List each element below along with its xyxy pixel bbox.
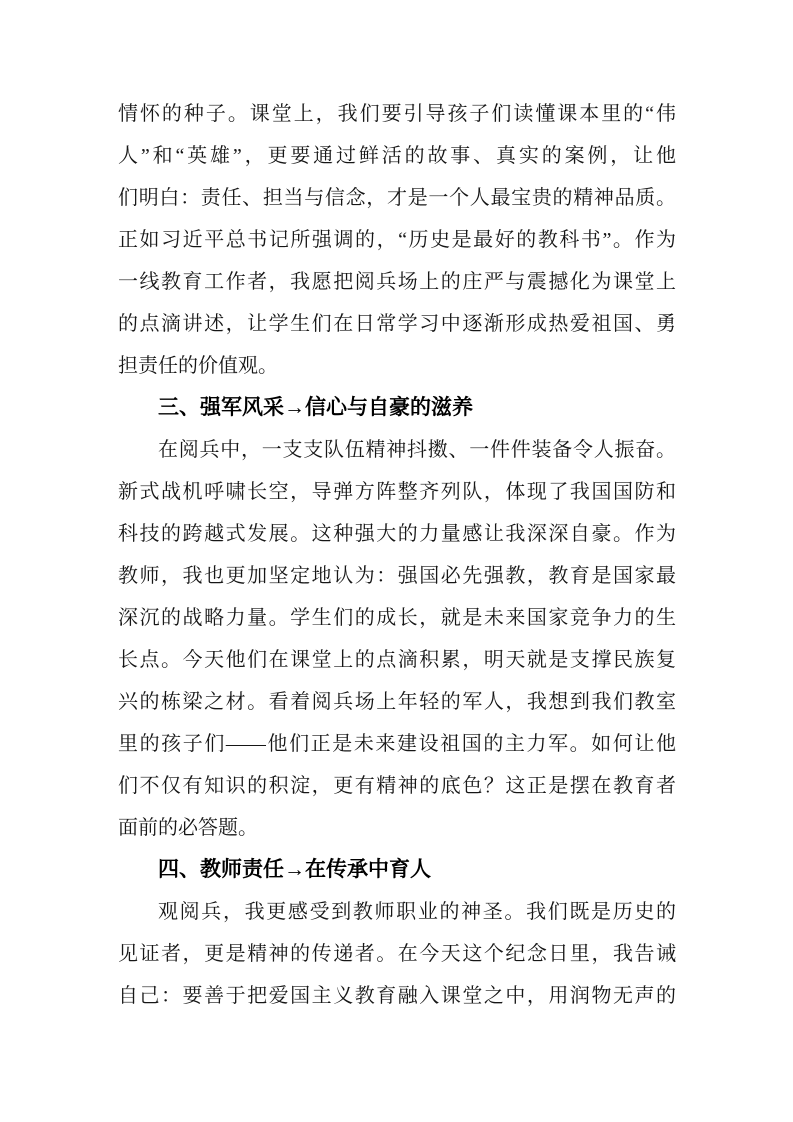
section-heading: 三、强军风采→信心与自豪的滋养 — [118, 387, 676, 429]
text-line: 长点。今天他们在课堂上的点滴积累，明天就是支撑民族复 — [118, 639, 676, 681]
text-line: 在阅兵中，一支支队伍精神抖擞、一件件装备令人振奋。 — [118, 429, 676, 471]
text-line: 科技的跨越式发展。这种强大的力量感让我深深自豪。作为 — [118, 513, 676, 555]
text-line: 兴的栋梁之材。看着阅兵场上年轻的军人，我想到我们教室 — [118, 681, 676, 723]
text-line: 观阅兵，我更感受到教师职业的神圣。我们既是历史的 — [118, 891, 676, 933]
text-line: 深沉的战略力量。学生们的成长，就是未来国家竞争力的生 — [118, 597, 676, 639]
text-line: 们明白：责任、担当与信念，才是一个人最宝贵的精神品质。 — [118, 177, 676, 219]
text-line: 担责任的价值观。 — [118, 345, 676, 387]
text-line: 见证者，更是精神的传递者。在今天这个纪念日里，我告诫 — [118, 933, 676, 975]
text-line: 自己：要善于把爱国主义教育融入课堂之中，用润物无声的 — [118, 975, 676, 1017]
text-line: 面前的必答题。 — [118, 807, 676, 849]
text-line: 一线教育工作者，我愿把阅兵场上的庄严与震撼化为课堂上 — [118, 261, 676, 303]
text-line: 正如习近平总书记所强调的，“历史是最好的教科书”。作为 — [118, 219, 676, 261]
text-line: 新式战机呼啸长空，导弹方阵整齐列队，体现了我国国防和 — [118, 471, 676, 513]
text-line: 们不仅有知识的积淀，更有精神的底色？这正是摆在教育者 — [118, 765, 676, 807]
text-line: 人”和“英雄”，更要通过鲜活的故事、真实的案例，让他 — [118, 135, 676, 177]
text-line: 情怀的种子。课堂上，我们要引导孩子们读懂课本里的“伟 — [118, 93, 676, 135]
text-line: 里的孩子们——他们正是未来建设祖国的主力军。如何让他 — [118, 723, 676, 765]
section-heading: 四、教师责任→在传承中育人 — [118, 849, 676, 891]
document-content: 情怀的种子。课堂上，我们要引导孩子们读懂课本里的“伟人”和“英雄”，更要通过鲜活… — [118, 93, 676, 1017]
text-line: 的点滴讲述，让学生们在日常学习中逐渐形成热爱祖国、勇 — [118, 303, 676, 345]
text-line: 教师，我也更加坚定地认为：强国必先强教，教育是国家最 — [118, 555, 676, 597]
document-page: 情怀的种子。课堂上，我们要引导孩子们读懂课本里的“伟人”和“英雄”，更要通过鲜活… — [0, 0, 793, 1122]
